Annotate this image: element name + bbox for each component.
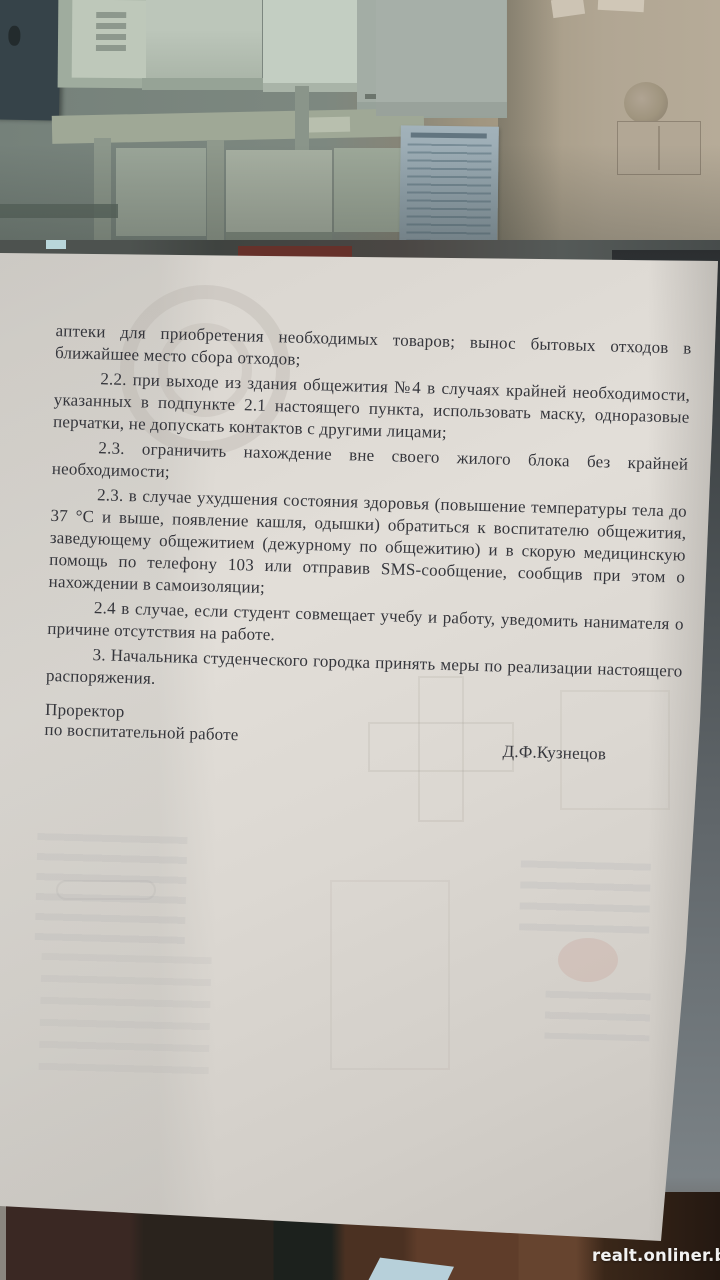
watermark-text: realt.onliner.by (592, 1246, 720, 1265)
document-text: аптеки для приобретения необходимых това… (43, 320, 691, 788)
background-wall (0, 0, 720, 262)
tape-strip (46, 240, 66, 249)
showthrough-diagram (330, 880, 450, 1070)
signer-role-line2: по воспитательной работе (44, 720, 239, 745)
showthrough-red-logo (558, 938, 618, 982)
showthrough-stamp (56, 880, 156, 900)
showthrough-text (519, 860, 651, 933)
showthrough-text (544, 991, 650, 1042)
red-frame-bar (238, 246, 352, 257)
showthrough-text (38, 953, 211, 1082)
signer-role: Проректор по воспитательной работе (44, 700, 239, 745)
photo-of-posted-document: аптеки для приобретения необходимых това… (0, 0, 720, 1280)
paragraph-2-3-health: 2.3. в случае ухудшения состояния здоров… (48, 483, 687, 611)
wall-shading (0, 0, 720, 262)
signer-name: Д.Ф.Кузнецов (502, 741, 606, 766)
